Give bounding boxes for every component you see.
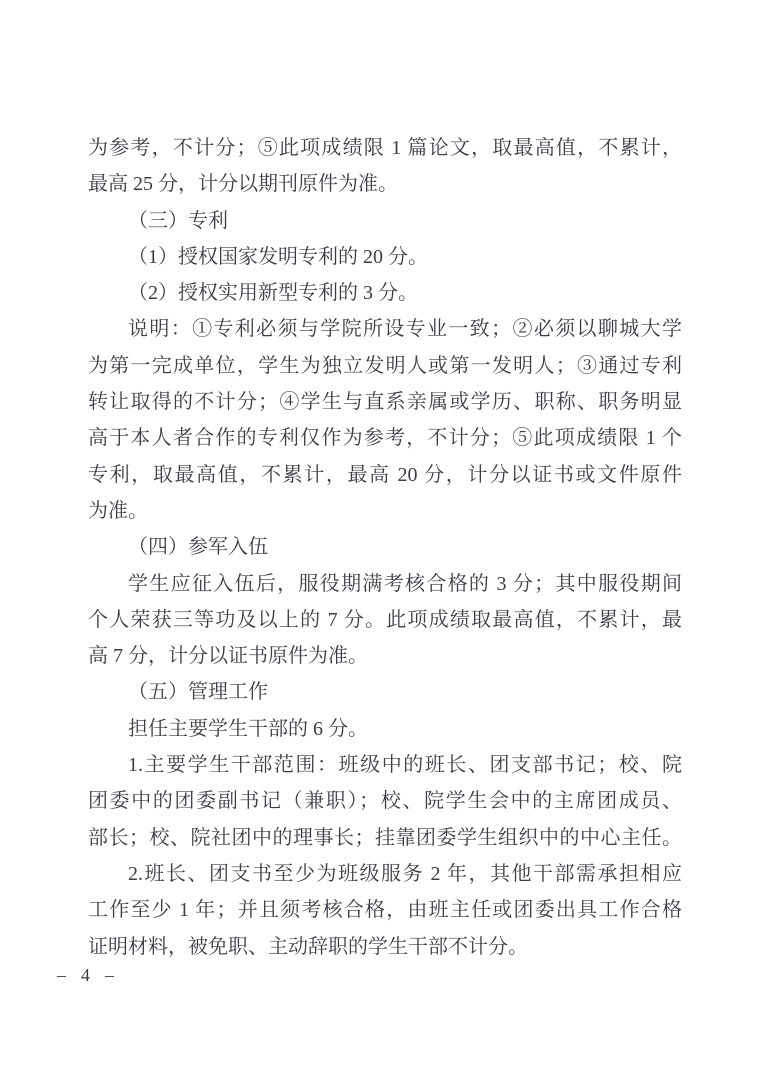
- document-page: 为参考，不计分；⑤此项成绩限 1 篇论文，取最高值，不累计， 最高 25 分，计…: [0, 0, 757, 1071]
- text-line: （2）授权实用新型专利的 3 分。: [88, 275, 682, 311]
- text-line: 为准。: [88, 493, 682, 529]
- section-heading-4: （四）参军入伍: [88, 529, 682, 565]
- text-line: 2.班长、团支书至少为班级服务 2 年，其他干部需承担相应: [88, 856, 682, 892]
- text-line: 证明材料，被免职、主动辞职的学生干部不计分。: [88, 929, 682, 965]
- text-line: 1.主要学生干部范围：班级中的班长、团支部书记；校、院: [88, 747, 682, 783]
- text-line: 最高 25 分，计分以期刊原件为准。: [88, 166, 682, 202]
- text-line: 为参考，不计分；⑤此项成绩限 1 篇论文，取最高值，不累计，: [88, 130, 682, 166]
- document-body: 为参考，不计分；⑤此项成绩限 1 篇论文，取最高值，不累计， 最高 25 分，计…: [88, 130, 682, 965]
- section-heading-3: （三）专利: [88, 203, 682, 239]
- text-line: （1）授权国家发明专利的 20 分。: [88, 239, 682, 275]
- section-heading-5: （五）管理工作: [88, 674, 682, 710]
- text-line: 部长；校、院社团中的理事长；挂靠团委学生组织中的中心主任。: [88, 820, 682, 856]
- text-line: 工作至少 1 年；并且须考核合格，由班主任或团委出具工作合格: [88, 892, 682, 928]
- text-line: 学生应征入伍后，服役期满考核合格的 3 分；其中服役期间: [88, 566, 682, 602]
- text-line: 为第一完成单位，学生为独立发明人或第一发明人；③通过专利: [88, 348, 682, 384]
- page-number: – 4 –: [57, 965, 116, 986]
- text-line: 高 7 分，计分以证书原件为准。: [88, 638, 682, 674]
- text-line: 团委中的团委副书记（兼职）；校、院学生会中的主席团成员、: [88, 783, 682, 819]
- text-line: 担任主要学生干部的 6 分。: [88, 711, 682, 747]
- text-line: 个人荣获三等功及以上的 7 分。此项成绩取最高值，不累计，最: [88, 602, 682, 638]
- text-line: 专利，取最高值，不累计，最高 20 分，计分以证书或文件原件: [88, 457, 682, 493]
- text-line: 转让取得的不计分；④学生与直系亲属或学历、职称、职务明显: [88, 384, 682, 420]
- text-line: 说明：①专利必须与学院所设专业一致；②必须以聊城大学: [88, 311, 682, 347]
- text-line: 高于本人者合作的专利仅作为参考，不计分；⑤此项成绩限 1 个: [88, 420, 682, 456]
